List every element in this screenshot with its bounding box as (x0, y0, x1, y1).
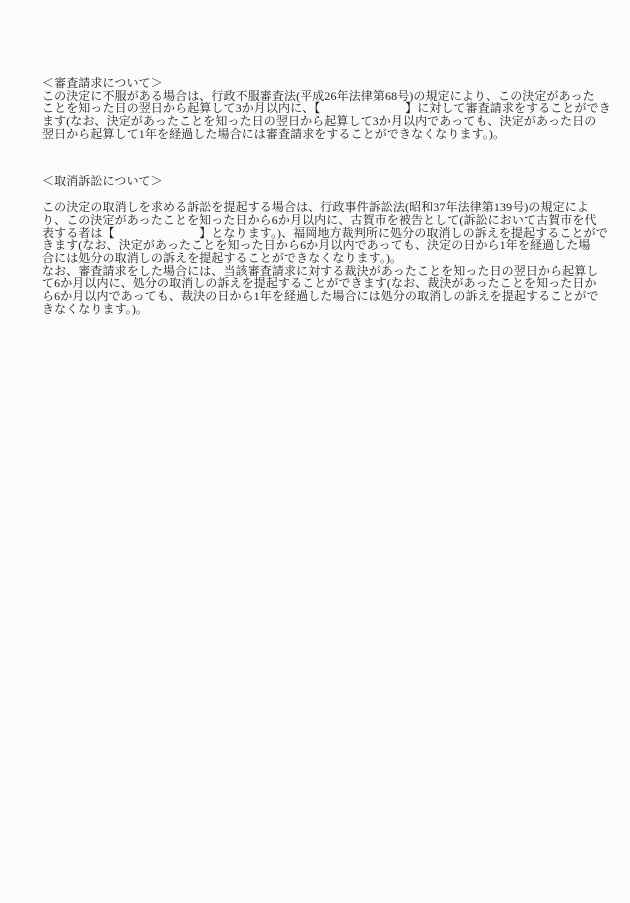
revocation-suit-heading: ＜取消訴訟について＞ (42, 175, 624, 188)
text-line: 翌日から起算して1年を経過した場合には審査請求をすることができなくなります。)。 (42, 128, 624, 141)
text-line: 合には処分の取消しの訴えを提起することができなくなります。)。 (42, 252, 624, 265)
section-revocation-suit: ＜取消訴訟について＞ この決定の取消しを求める訴訟を提起する場合は、行政事件訴訟… (42, 175, 624, 316)
section-review-request: ＜審査請求について＞ この決定に不服がある場合は、行政不服審査法(平成26年法律… (42, 77, 624, 141)
text-line: きなくなります。)。 (42, 303, 624, 316)
revocation-suit-body: この決定の取消しを求める訴訟を提起する場合は、行政事件訴訟法(昭和37年法律第1… (42, 201, 624, 315)
text-line: り、この決定があったことを知った日から6か月以内に、古賀市を被告として(訴訟にお… (42, 214, 624, 227)
document-content: ＜審査請求について＞ この決定に不服がある場合は、行政不服審査法(平成26年法律… (42, 77, 624, 316)
review-request-heading: ＜審査請求について＞ (42, 77, 624, 90)
review-request-body: この決定に不服がある場合は、行政不服審査法(平成26年法律第68号)の規定により… (42, 90, 624, 141)
text-line: ら6か月以内であっても、裁決の日から1年を経過した場合には処分の取消しの訴えを提… (42, 290, 624, 303)
text-line: ます(なお、決定があったことを知った日の翌日から起算して3か月以内であっても、決… (42, 115, 624, 128)
document-page: ＜審査請求について＞ この決定に不服がある場合は、行政不服審査法(平成26年法律… (0, 0, 630, 903)
